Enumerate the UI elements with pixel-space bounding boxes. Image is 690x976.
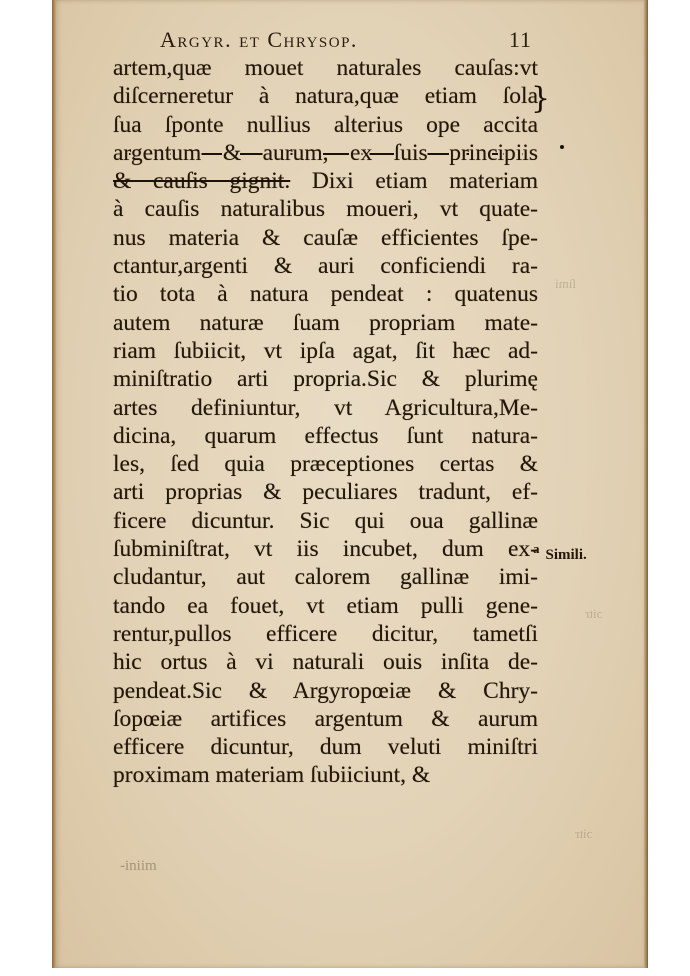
text-line-struck: argentum & aurum, ex ſuis principiis bbox=[113, 139, 538, 167]
text-line: tando ea fouet, vt etiam pulli gene- bbox=[113, 592, 538, 620]
brace-glyph: } bbox=[531, 81, 550, 116]
margin-note-ref: a bbox=[533, 541, 540, 556]
text-line: ficere dicuntur. Sic qui oua gallinæ bbox=[113, 507, 538, 535]
text-line: & cauſis gignit. Dixi etiam materiam bbox=[113, 167, 538, 195]
margin-note-text: Simili. bbox=[546, 547, 587, 563]
page-header: Argyr. et Chrysop. 11 bbox=[160, 26, 532, 54]
margin-note: aSimili. bbox=[533, 541, 587, 564]
text-line: dicina, quarum effectus ſunt natura- bbox=[113, 422, 538, 450]
faded-catchword: -iniim bbox=[120, 858, 157, 875]
text-line: tio tota à natura pendeat : quatenus bbox=[113, 280, 538, 308]
page-outer-edge bbox=[644, 0, 648, 968]
text-line: pendeat.Sic & Argyropœiæ & Chry- bbox=[113, 677, 538, 705]
text-line: ſubminiſtrat, vt iis incubet, dum ex- bbox=[113, 535, 538, 563]
text-line: nus materia & cauſæ efficientes ſpe- bbox=[113, 224, 538, 252]
text-line: hic ortus à vi naturali ouis inſita de- bbox=[113, 648, 538, 676]
text-line: arti proprias & peculiares tradunt, ef- bbox=[113, 478, 538, 506]
text-line: ctantur,argenti & auri conficiendi ra- bbox=[113, 252, 538, 280]
facing-page-bleed bbox=[52, 60, 60, 400]
handwritten-brace-icon: } bbox=[531, 86, 551, 166]
text-line: artem,quæ mouet naturales cauſas:vt bbox=[113, 54, 538, 82]
text-fragment: Dixi etiam materiam bbox=[290, 168, 538, 194]
ink-dot bbox=[560, 145, 564, 149]
text-line: riam ſubiicit, vt ipſa agat, ſit hæc ad- bbox=[113, 337, 538, 365]
text-line: artes definiuntur, vt Agricultura,Me- bbox=[113, 394, 538, 422]
text-line: rentur,pullos efficere dicitur, tametſi bbox=[113, 620, 538, 648]
text-line: ſopœiæ artifices argentum & aurum bbox=[113, 705, 538, 733]
text-line: diſcerneretur à natura,quæ etiam ſola bbox=[113, 82, 538, 110]
text-line: les, ſed quia præceptiones certas & bbox=[113, 450, 538, 478]
struck-phrase: & cauſis gignit. bbox=[113, 168, 290, 194]
text-line: autem naturæ ſuam propriam mate- bbox=[113, 309, 538, 337]
text-line: cludantur, aut calorem gallinæ imi- bbox=[113, 563, 538, 591]
showthrough-text: ſimi bbox=[555, 270, 576, 298]
text-line: ſua ſponte nullius alterius ope accita bbox=[113, 111, 538, 139]
page-number: 11 bbox=[509, 26, 532, 54]
showthrough-text: ɔitr bbox=[585, 600, 602, 628]
text-line: efficere dicuntur, dum veluti miniſtri bbox=[113, 733, 538, 761]
text-line: à cauſis naturalibus moueri, vt quate- bbox=[113, 195, 538, 223]
running-title: Argyr. et Chrysop. bbox=[160, 26, 358, 54]
body-text: artem,quæ mouet naturales cauſas:vt diſc… bbox=[113, 54, 538, 790]
showthrough-text: ɔitr bbox=[575, 820, 592, 848]
text-line: miniſtratio arti propria.Sic & plurimę bbox=[113, 365, 538, 393]
text-line: proximam materiam ſubiiciunt, & bbox=[113, 761, 538, 789]
